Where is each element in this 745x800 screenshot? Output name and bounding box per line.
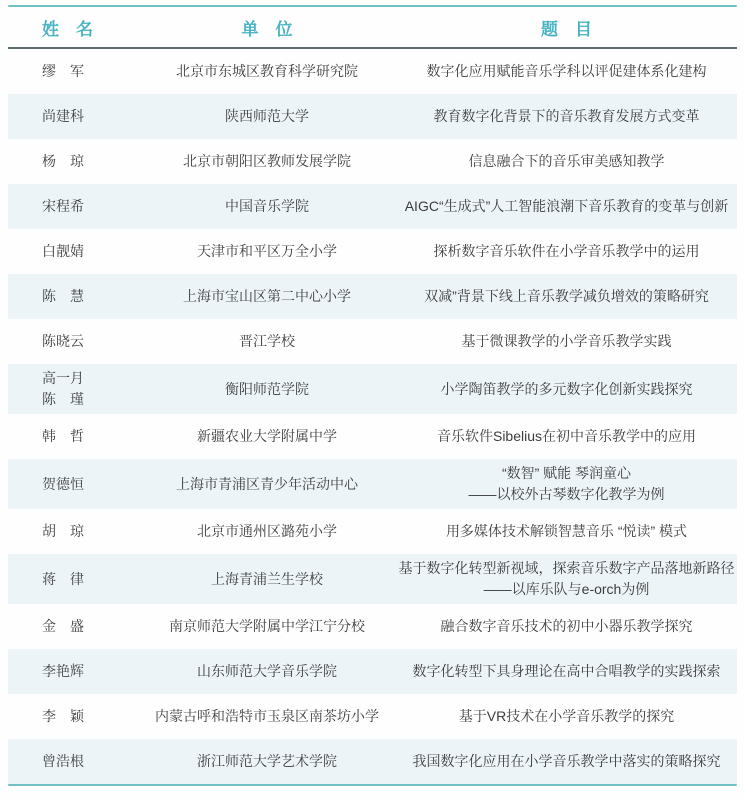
cell-presenter-name: 韩 哲 [8, 422, 138, 451]
cell-topic-title: AIGC“生成式”人工智能浪潮下音乐教育的变革与创新 [396, 192, 737, 221]
table-row: 蒋 律上海青浦兰生学校基于数字化转型新视域，探索音乐数字产品落地新路径 ——以库… [8, 554, 737, 604]
cell-presenter-name: 陈 慧 [8, 282, 138, 311]
table-row: 李 颖内蒙古呼和浩特市玉泉区南茶坊小学基于VR技术在小学音乐教学的探究 [8, 694, 737, 739]
table-row: 杨 琼北京市朝阳区教师发展学院信息融合下的音乐审美感知教学 [8, 139, 737, 184]
cell-topic-title: 教育数字化背景下的音乐教育发展方式变革 [396, 102, 737, 131]
cell-presenter-name: 尚建科 [8, 102, 138, 131]
column-header-org: 单 位 [138, 15, 396, 40]
cell-presenter-name: 高一月 陈 瑾 [8, 364, 138, 414]
table-row: 高一月 陈 瑾衡阳师范学院小学陶笛教学的多元数字化创新实践探究 [8, 364, 737, 414]
cell-topic-title: 小学陶笛教学的多元数字化创新实践探究 [396, 375, 737, 404]
cell-presenter-name: 李艳辉 [8, 657, 138, 686]
cell-organization: 北京市通州区潞苑小学 [138, 517, 396, 546]
cell-topic-title: 我国数字化应用在小学音乐教学中落实的策略探究 [396, 747, 737, 776]
cell-presenter-name: 曾浩根 [8, 747, 138, 776]
table-row: 白靓婧天津市和平区万全小学探析数字音乐软件在小学音乐教学中的运用 [8, 229, 737, 274]
cell-presenter-name: 胡 琼 [8, 517, 138, 546]
cell-topic-title: 融合数字音乐技术的初中小器乐教学探究 [396, 612, 737, 641]
table-header-row: 姓 名 单 位 题 目 [8, 7, 737, 47]
column-header-name: 姓 名 [8, 15, 138, 40]
cell-topic-title: 双减”背景下线上音乐教学减负增效的策略研究 [396, 282, 737, 311]
cell-organization: 天津市和平区万全小学 [138, 237, 396, 266]
cell-presenter-name: 金 盛 [8, 612, 138, 641]
cell-organization: 上海青浦兰生学校 [138, 565, 396, 594]
cell-topic-title: 数字化应用赋能音乐学科以评促建体系化建构 [396, 57, 737, 86]
cell-organization: 上海市宝山区第二中心小学 [138, 282, 396, 311]
table-row: 胡 琼北京市通州区潞苑小学用多媒体技术解锁智慧音乐 “悦读” 模式 [8, 509, 737, 554]
cell-organization: 晋江学校 [138, 327, 396, 356]
table-row: 李艳辉山东师范大学音乐学院数字化转型下具身理论在高中合唱教学的实践探索 [8, 649, 737, 694]
cell-topic-title: 基于微课教学的小学音乐教学实践 [396, 327, 737, 356]
cell-topic-title: 用多媒体技术解锁智慧音乐 “悦读” 模式 [396, 517, 737, 546]
table-row: 宋程希中国音乐学院AIGC“生成式”人工智能浪潮下音乐教育的变革与创新 [8, 184, 737, 229]
cell-topic-title: 基于VR技术在小学音乐教学的探究 [396, 702, 737, 731]
cell-organization: 衡阳师范学院 [138, 375, 396, 404]
table-bottom-border [8, 784, 737, 786]
cell-topic-title: “数智” 赋能 琴润童心 ——以校外古琴数字化教学为例 [396, 459, 737, 509]
cell-topic-title: 探析数字音乐软件在小学音乐教学中的运用 [396, 237, 737, 266]
cell-organization: 陕西师范大学 [138, 102, 396, 131]
column-header-title: 题 目 [396, 15, 737, 40]
cell-topic-title: 音乐软件Sibelius在初中音乐教学中的应用 [396, 422, 737, 451]
table-row: 陈晓云晋江学校基于微课教学的小学音乐教学实践 [8, 319, 737, 364]
cell-organization: 浙江师范大学艺术学院 [138, 747, 396, 776]
cell-organization: 南京师范大学附属中学江宁分校 [138, 612, 396, 641]
cell-presenter-name: 李 颖 [8, 702, 138, 731]
cell-presenter-name: 陈晓云 [8, 327, 138, 356]
cell-presenter-name: 蒋 律 [8, 565, 138, 594]
table-row: 贺德恒上海市青浦区青少年活动中心“数智” 赋能 琴润童心 ——以校外古琴数字化教… [8, 459, 737, 509]
article-table-page: 姓 名 单 位 题 目 缪 军北京市东城区教育科学研究院数字化应用赋能音乐学科以… [0, 0, 745, 800]
cell-presenter-name: 缪 军 [8, 57, 138, 86]
table-row: 陈 慧上海市宝山区第二中心小学双减”背景下线上音乐教学减负增效的策略研究 [8, 274, 737, 319]
table-body: 缪 军北京市东城区教育科学研究院数字化应用赋能音乐学科以评促建体系化建构尚建科陕… [8, 49, 737, 784]
cell-organization: 中国音乐学院 [138, 192, 396, 221]
cell-topic-title: 信息融合下的音乐审美感知教学 [396, 147, 737, 176]
cell-presenter-name: 贺德恒 [8, 470, 138, 499]
cell-organization: 山东师范大学音乐学院 [138, 657, 396, 686]
cell-presenter-name: 杨 琼 [8, 147, 138, 176]
table-row: 金 盛南京师范大学附属中学江宁分校融合数字音乐技术的初中小器乐教学探究 [8, 604, 737, 649]
cell-presenter-name: 宋程希 [8, 192, 138, 221]
cell-organization: 上海市青浦区青少年活动中心 [138, 470, 396, 499]
table-row: 韩 哲新疆农业大学附属中学音乐软件Sibelius在初中音乐教学中的应用 [8, 414, 737, 459]
cell-organization: 北京市朝阳区教师发展学院 [138, 147, 396, 176]
table-row: 尚建科陕西师范大学教育数字化背景下的音乐教育发展方式变革 [8, 94, 737, 139]
cell-organization: 内蒙古呼和浩特市玉泉区南茶坊小学 [138, 702, 396, 731]
cell-presenter-name: 白靓婧 [8, 237, 138, 266]
table-row: 曾浩根浙江师范大学艺术学院我国数字化应用在小学音乐教学中落实的策略探究 [8, 739, 737, 784]
cell-topic-title: 数字化转型下具身理论在高中合唱教学的实践探索 [396, 657, 737, 686]
cell-organization: 北京市东城区教育科学研究院 [138, 57, 396, 86]
cell-topic-title: 基于数字化转型新视域，探索音乐数字产品落地新路径 ——以库乐队与e-orch为例 [396, 554, 737, 604]
table-row: 缪 军北京市东城区教育科学研究院数字化应用赋能音乐学科以评促建体系化建构 [8, 49, 737, 94]
cell-organization: 新疆农业大学附属中学 [138, 422, 396, 451]
